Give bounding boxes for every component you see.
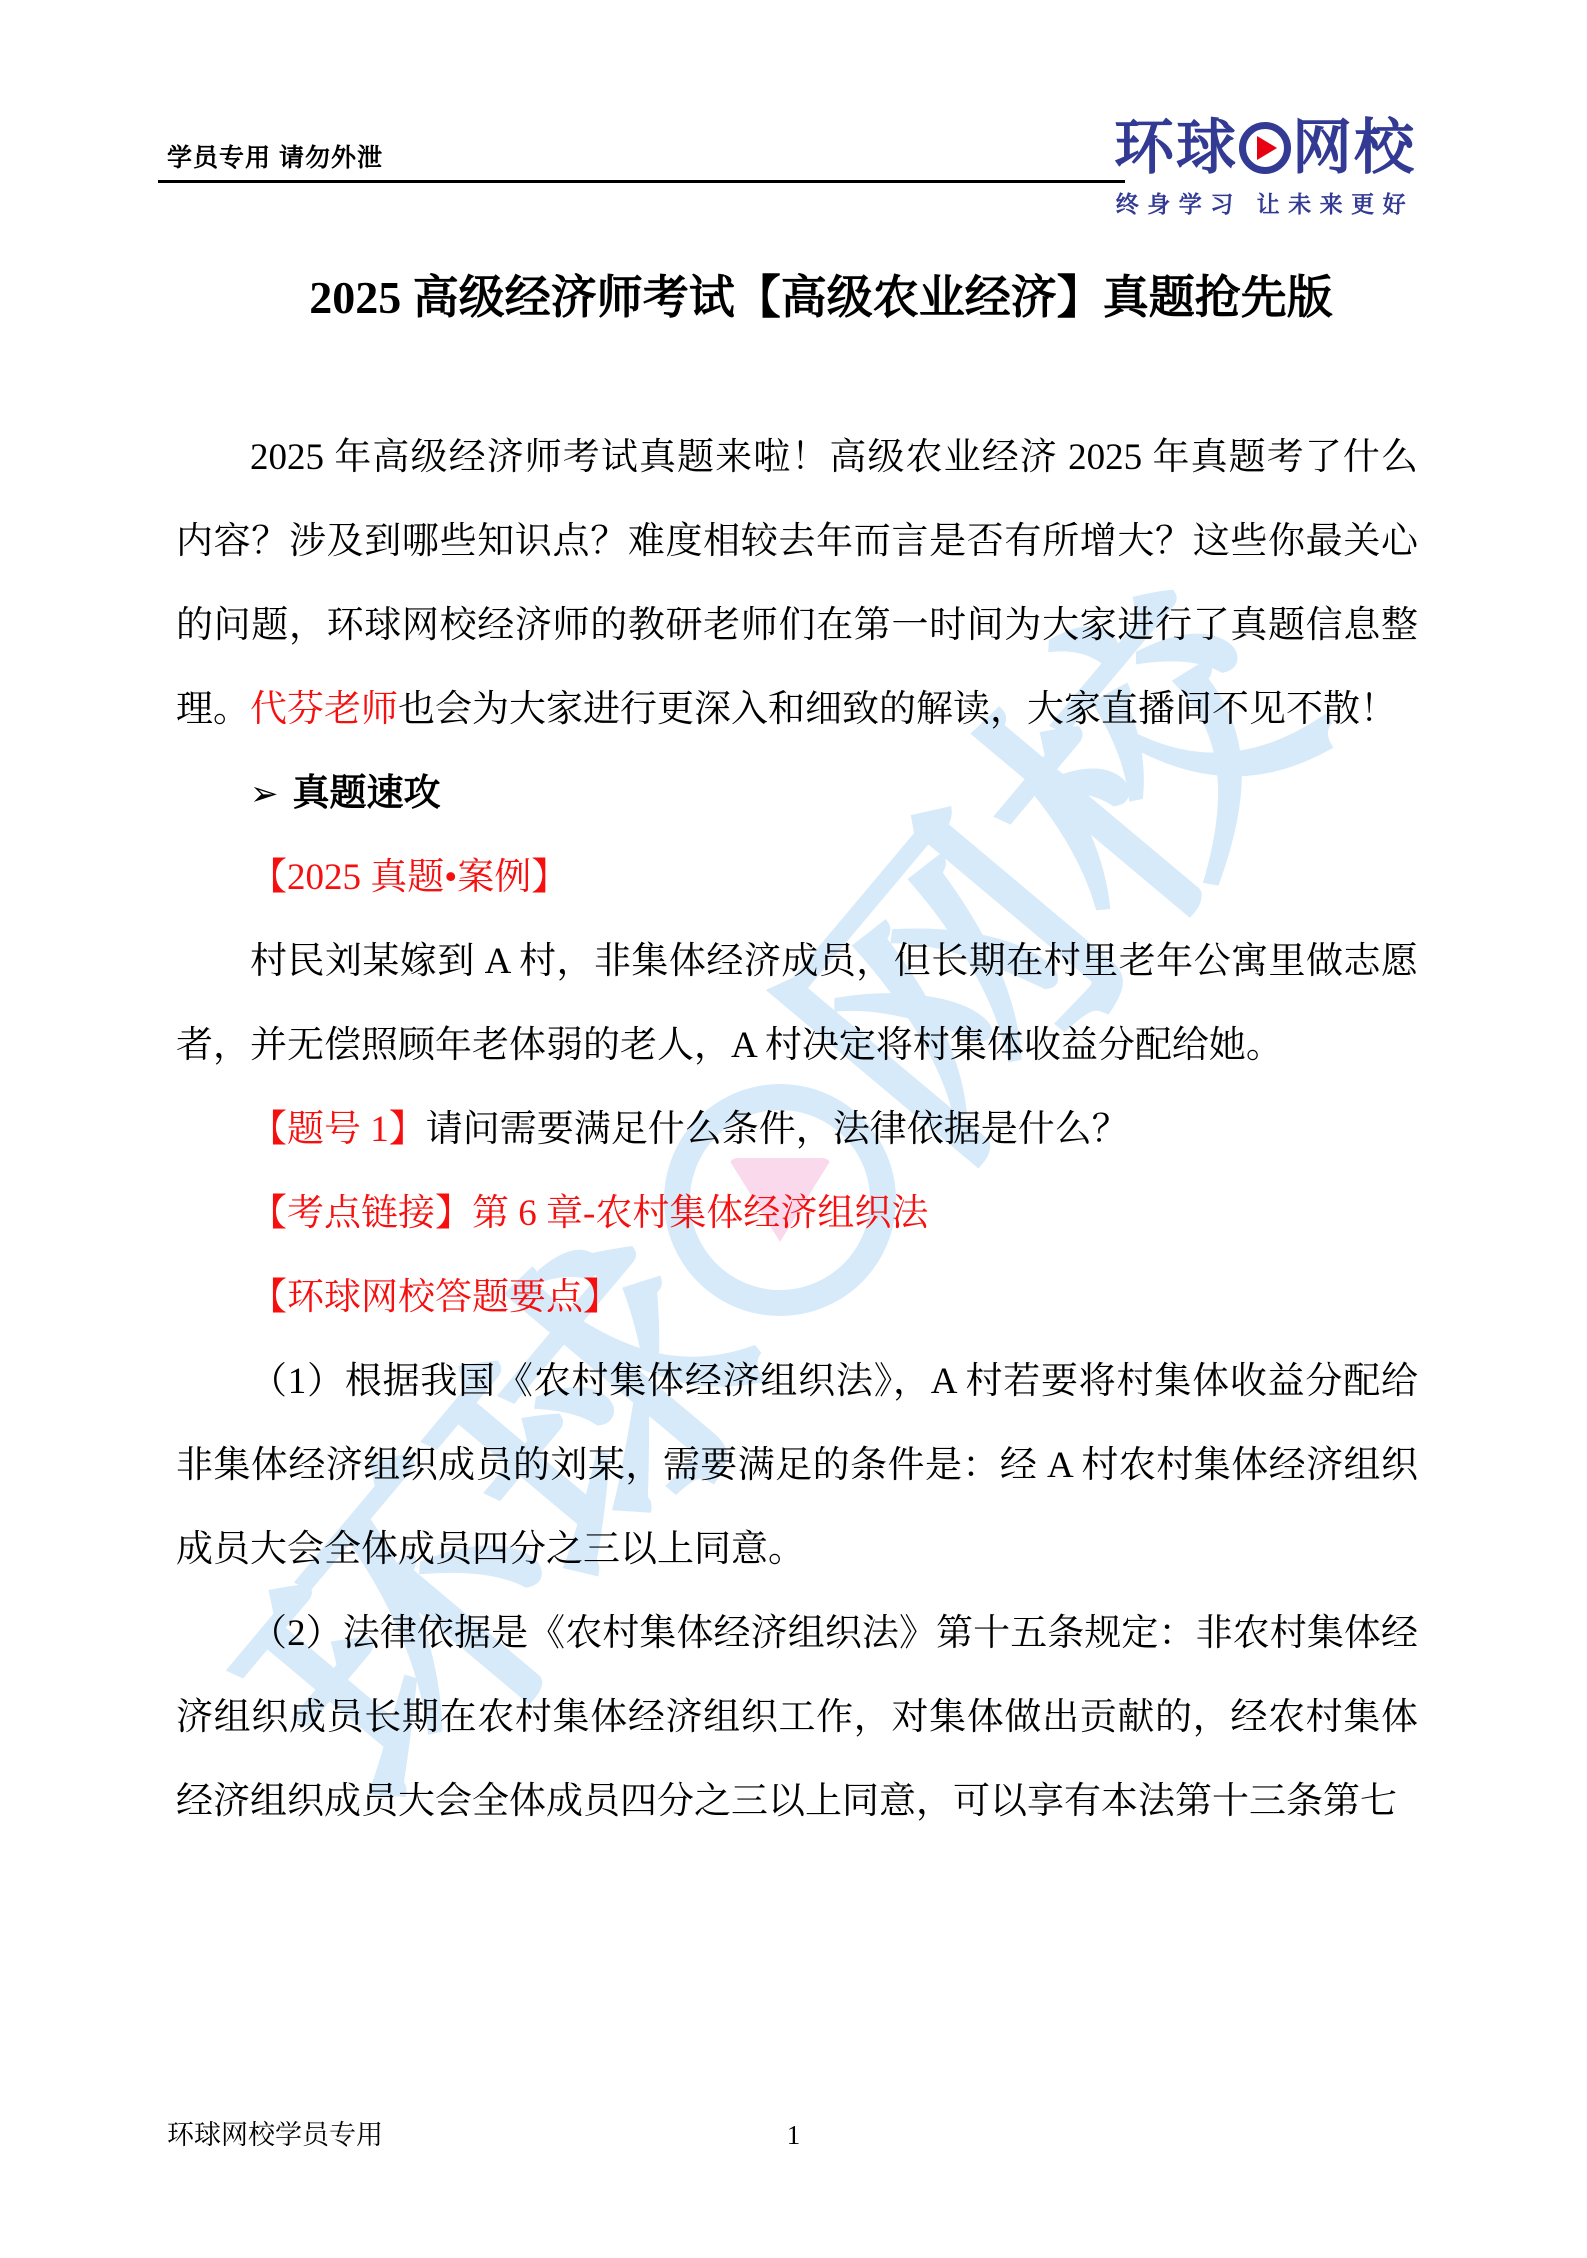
brand-logo: 环球网校 终身学习 让未来更好 [1100, 112, 1430, 218]
intro-paragraph: 2025 年高级经济师考试真题来啦！高级农业经济 2025 年真题考了什么内容？… [176, 416, 1418, 752]
quick-attack-label: 真题速攻 [293, 773, 441, 814]
answer-paragraph-1: （1）根据我国《农村集体经济组织法》，A 村若要将村集体收益分配给非集体经济组织… [176, 1340, 1418, 1592]
logo-wordmark: 环球网校 [1100, 112, 1430, 184]
question-1-line: 【题号 1】请问需要满足什么条件，法律依据是什么？ [176, 1088, 1418, 1172]
teacher-name-highlight: 代芬老师 [250, 689, 398, 730]
quick-attack-heading: ➢真题速攻 [176, 752, 1418, 836]
logo-play-icon [1257, 136, 1277, 160]
arrow-bullet-icon: ➢ [250, 774, 279, 814]
header-confidential-note: 学员专用 请勿外泄 [167, 143, 383, 173]
intro-text-before: 2025 年高级经济师考试真题来啦！高级农业经济 2025 年真题考了什么内容？… [176, 437, 1418, 730]
logo-text-right: 网校 [1292, 112, 1416, 184]
page-number: 1 [0, 2118, 1587, 2152]
answer-points-tag: 【环球网校答题要点】 [176, 1256, 1418, 1340]
header-rule [158, 180, 1125, 183]
logo-circle [1239, 122, 1291, 174]
document-page: 环球网校 学员专用 请勿外泄 环球网校 终身学习 让未来更好 2025 高级经济… [0, 0, 1587, 2258]
question-1-tag: 【题号 1】 [250, 1109, 426, 1150]
page-title: 2025 高级经济师考试【高级农业经济】真题抢先版 [0, 268, 1587, 328]
case-paragraph: 村民刘某嫁到 A 村，非集体经济成员，但长期在村里老年公寓里做志愿者，并无偿照顾… [176, 920, 1418, 1088]
answer-paragraph-2: （2）法律依据是《农村集体经济组织法》第十五条规定：非农村集体经济组织成员长期在… [176, 1592, 1418, 1844]
intro-text-after: 也会为大家进行更深入和细致的解读，大家直播间不见不散！ [398, 689, 1397, 730]
document-body: 2025 年高级经济师考试真题来啦！高级农业经济 2025 年真题考了什么内容？… [176, 416, 1418, 1844]
logo-text-left: 环球 [1114, 112, 1238, 184]
question-1-text: 请问需要满足什么条件，法律依据是什么？ [426, 1109, 1129, 1150]
kaodian-link-line: 【考点链接】第 6 章-农村集体经济组织法 [176, 1172, 1418, 1256]
case-tag-line: 【2025 真题•案例】 [176, 836, 1418, 920]
logo-tagline: 终身学习 让未来更好 [1100, 190, 1430, 218]
